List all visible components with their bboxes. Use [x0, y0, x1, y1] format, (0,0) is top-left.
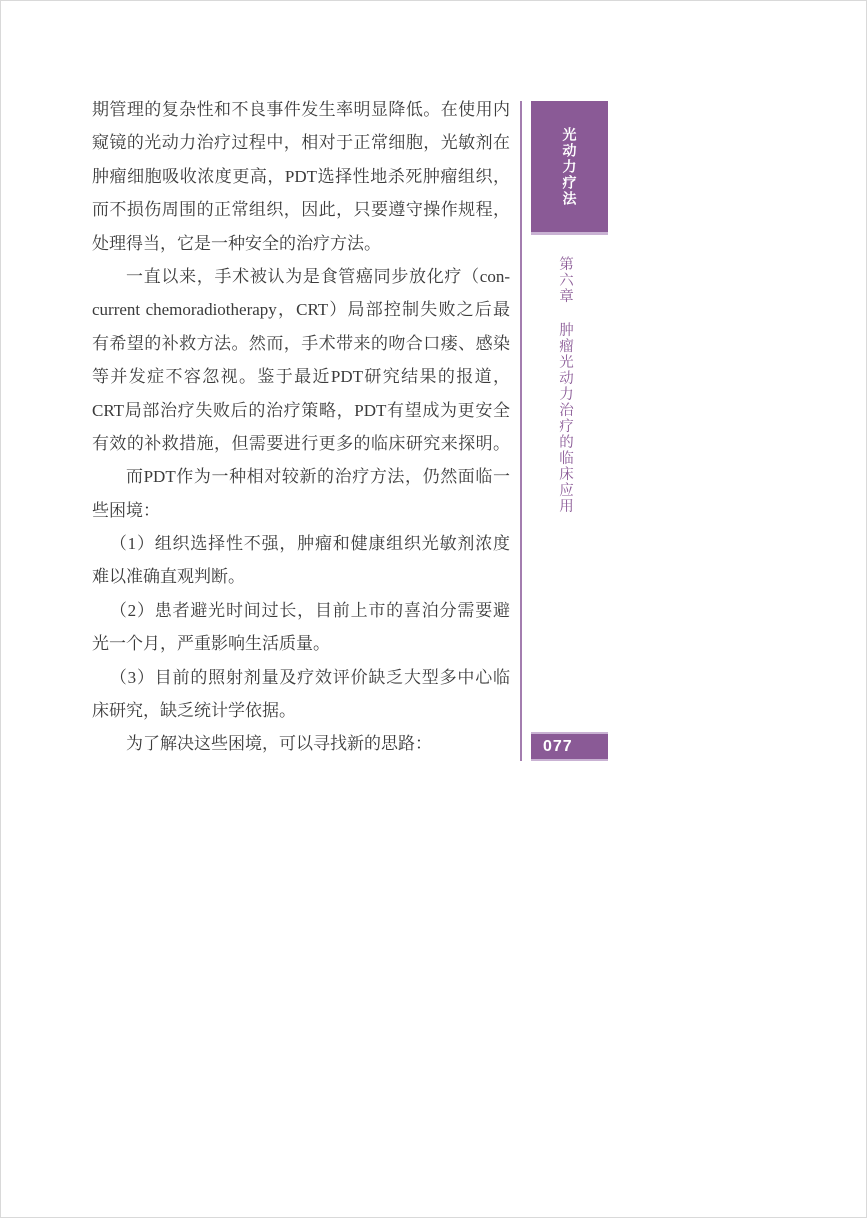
page-number-badge: 077 — [531, 732, 608, 761]
section-tab-label: 光动力疗法 — [560, 127, 580, 207]
chapter-title-label: 肿瘤光动力治疗的临床应用 — [555, 322, 576, 514]
text-line: CRT局部治疗失败后的治疗策略，PDT有望成为更安全 — [92, 394, 510, 427]
text-line: 一直以来，手术被认为是食管癌同步放化疗（con- — [92, 260, 510, 293]
book-page: 期管理的复杂性和不良事件发生率明显降低。在使用内 窥镜的光动力治疗过程中，相对于… — [0, 0, 867, 1218]
text-line: 些困境： — [92, 494, 510, 527]
margin-rule — [520, 101, 522, 761]
text-line: 处理得当，它是一种安全的治疗方法。 — [92, 227, 510, 260]
text-line: 床研究，缺乏统计学依据。 — [92, 694, 510, 727]
text-line: 期管理的复杂性和不良事件发生率明显降低。在使用内 — [92, 93, 510, 126]
text-line: 窥镜的光动力治疗过程中，相对于正常细胞，光敏剂在 — [92, 126, 510, 159]
section-tab: 光动力疗法 — [531, 101, 608, 235]
text-line: （2）患者避光时间过长，目前上市的喜泊分需要避 — [92, 594, 510, 627]
text-line: 有希望的补救方法。然而，手术带来的吻合口瘘、感染 — [92, 327, 510, 360]
chapter-number-label: 第六章 — [555, 256, 576, 304]
page-number: 077 — [543, 738, 573, 756]
text-line: 而PDT作为一种相对较新的治疗方法，仍然面临一 — [92, 460, 510, 493]
text-line: 有效的补救措施，但需要进行更多的临床研究来探明。 — [92, 427, 510, 460]
body-text: 期管理的复杂性和不良事件发生率明显降低。在使用内 窥镜的光动力治疗过程中，相对于… — [92, 93, 510, 761]
text-line: 而不损伤周围的正常组织，因此，只要遵守操作规程， — [92, 193, 510, 226]
chapter-heading-vertical: 第六章 肿瘤光动力治疗的临床应用 — [555, 256, 576, 514]
text-line: （3）目前的照射剂量及疗效评价缺乏大型多中心临 — [92, 661, 510, 694]
text-line: 肿瘤细胞吸收浓度更高，PDT选择性地杀死肿瘤组织， — [92, 160, 510, 193]
text-line: 难以准确直观判断。 — [92, 560, 510, 593]
text-line: 等并发症不容忽视。鉴于最近PDT研究结果的报道， — [92, 360, 510, 393]
text-line: current chemoradiotherapy，CRT）局部控制失败之后最 — [92, 293, 510, 326]
text-line: 为了解决这些困境，可以寻找新的思路： — [92, 727, 510, 760]
text-line: （1）组织选择性不强，肿瘤和健康组织光敏剂浓度 — [92, 527, 510, 560]
text-line: 光一个月，严重影响生活质量。 — [92, 627, 510, 660]
